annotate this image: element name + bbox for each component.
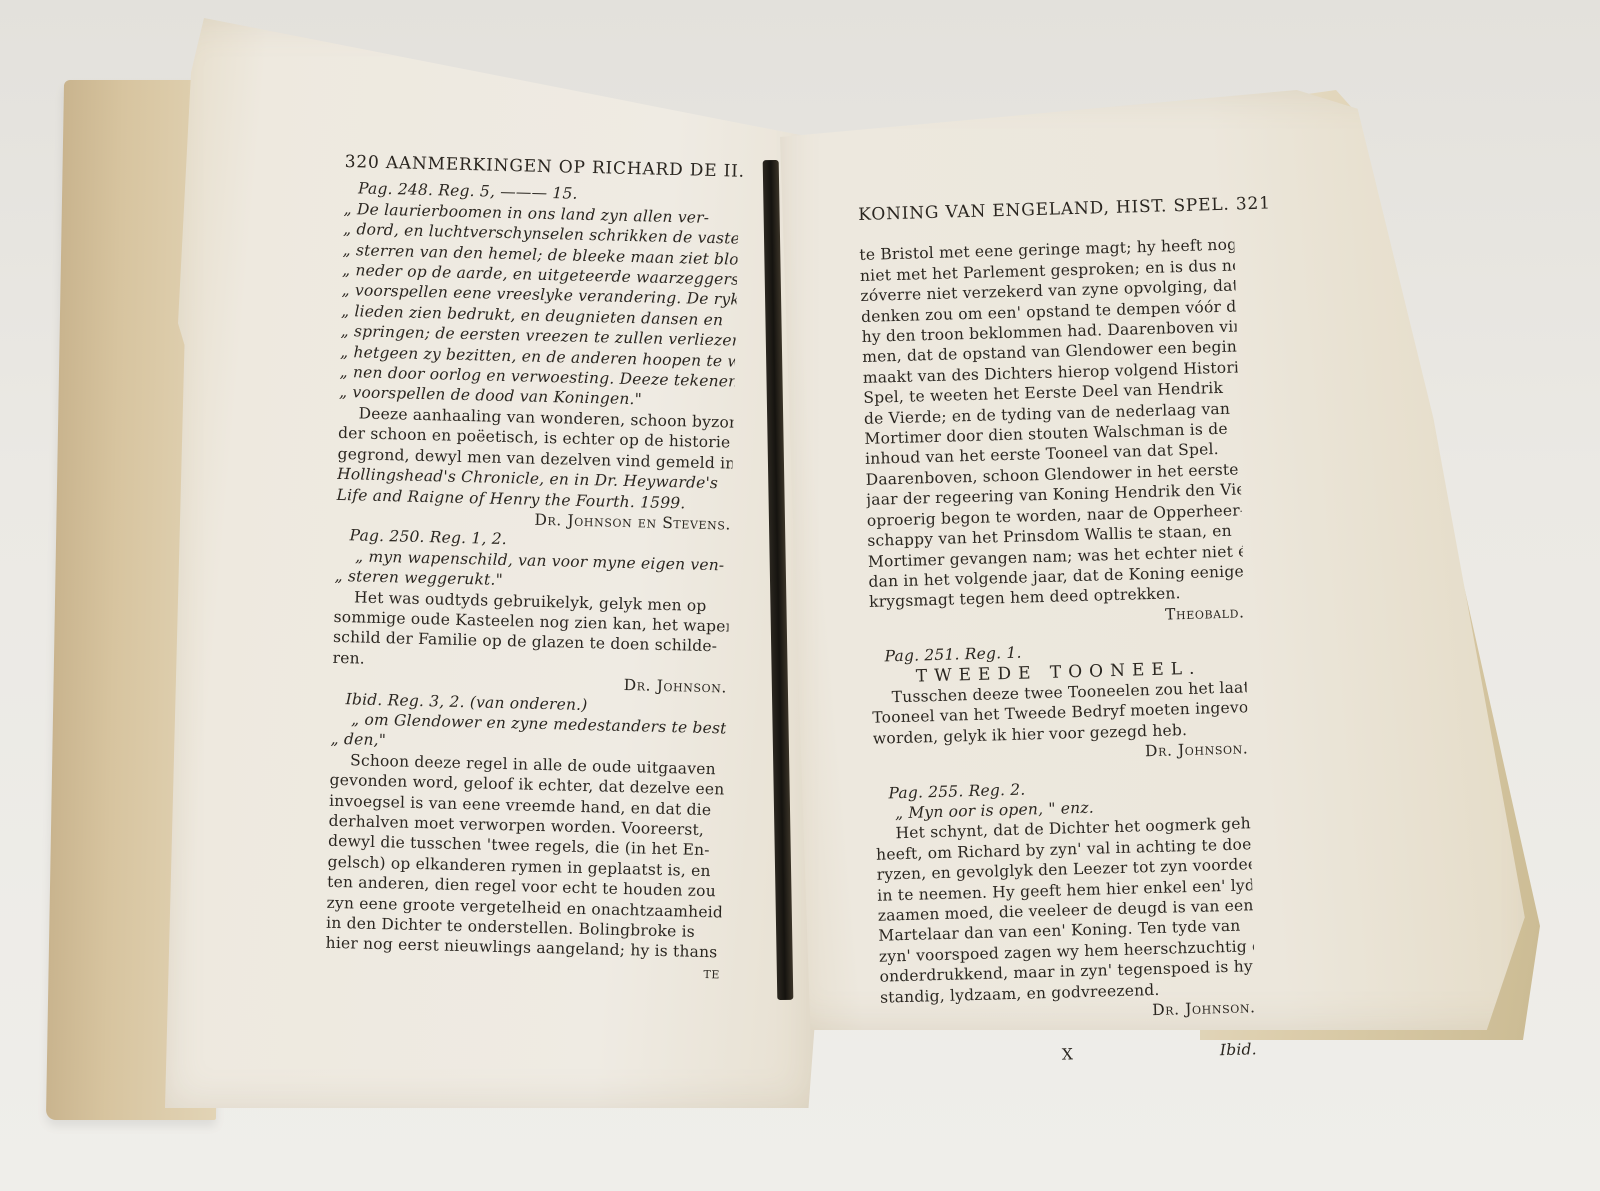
right-page-text: KONING VAN ENGELAND, HIST. SPEL. 321 te … (858, 195, 1257, 1071)
page-number: 321 (1236, 193, 1271, 214)
page-footer: X Ibid. (882, 1040, 1257, 1071)
page-number: 320 (345, 152, 380, 173)
left-page-text: 320 AANMERKINGEN OP RICHARD DE II. Pag. … (325, 152, 740, 984)
catchword: Ibid. (1220, 1040, 1257, 1061)
signature-mark: X (1062, 1045, 1074, 1066)
photo-scene: 320 AANMERKINGEN OP RICHARD DE II. Pag. … (0, 0, 1600, 1191)
